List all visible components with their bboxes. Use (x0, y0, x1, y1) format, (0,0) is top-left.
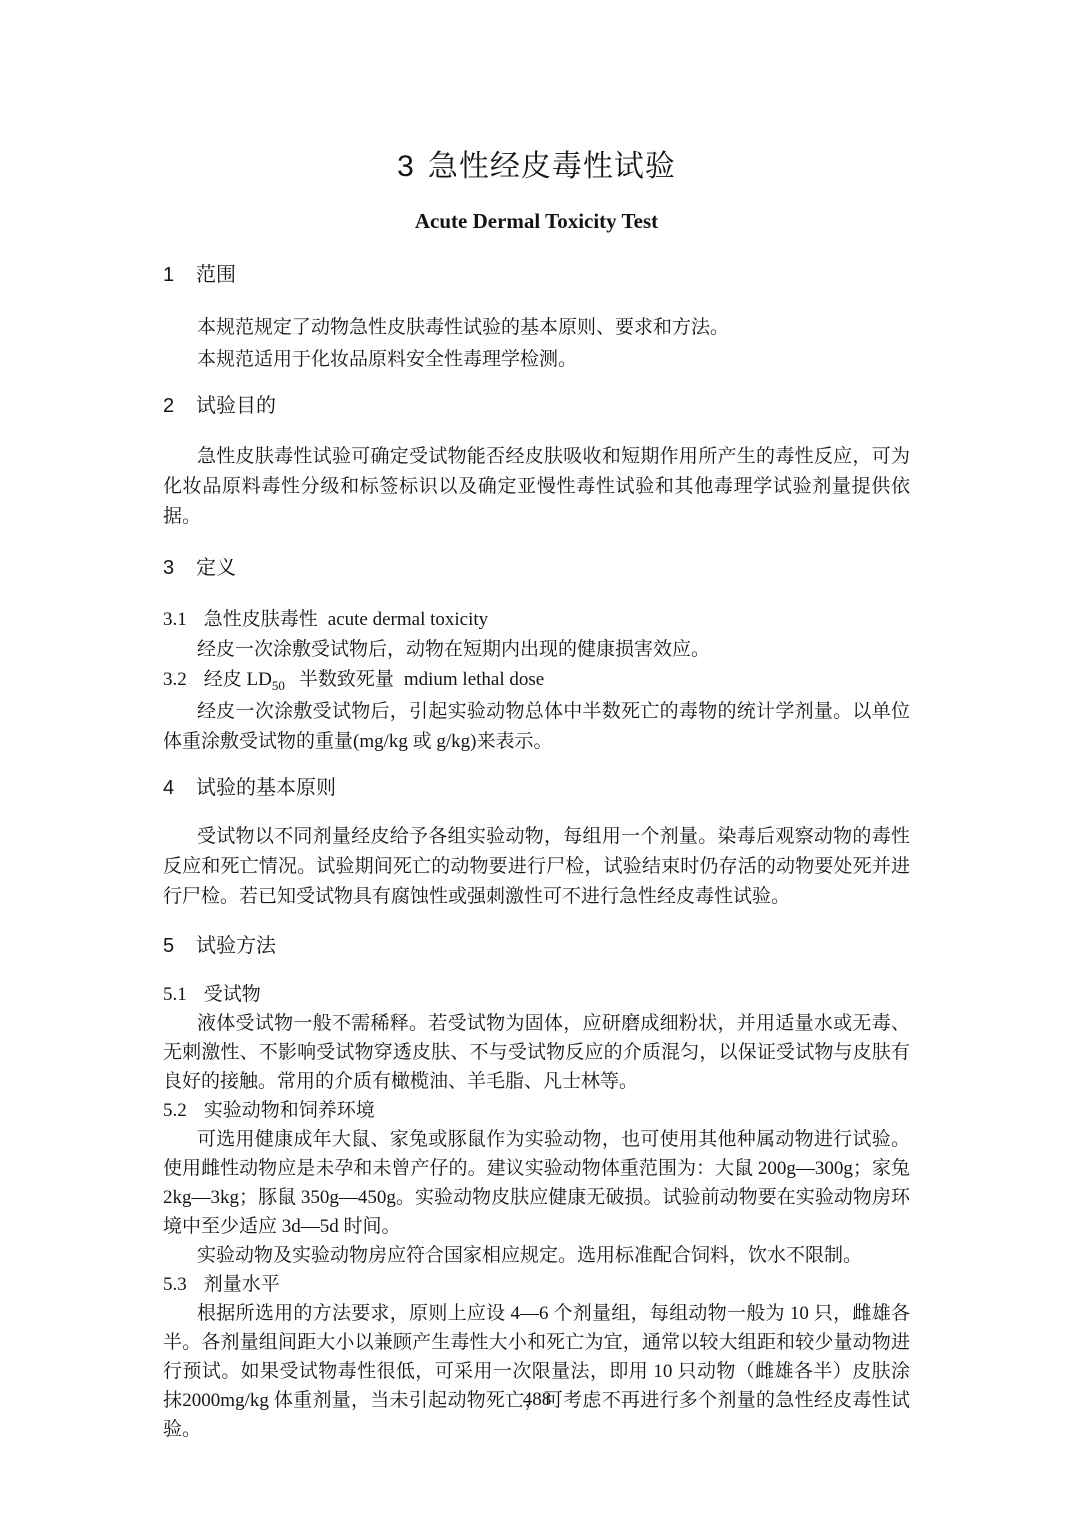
subsection-5-1-number: 5.1 (163, 980, 187, 1009)
subsection-5-2-title: 实验动物和饲养环境 (204, 1100, 375, 1121)
subsection-5-2-number: 5.2 (163, 1096, 187, 1125)
section-2-paragraph: 急性皮肤毒性试验可确定受试物能否经皮肤吸收和短期作用所产生的毒性反应，可为化妆品… (163, 442, 910, 532)
page-title: 3急性经皮毒性试验 (163, 148, 910, 186)
subsection-5-3-paragraph: 根据所选用的方法要求，原则上应设 4—6 个剂量组，每组动物一般为 10 只，雌… (163, 1299, 910, 1444)
subsection-5-2-paragraph-2: 实验动物及实验动物房应符合国家相应规定。选用标准配合饲料，饮水不限制。 (163, 1241, 910, 1270)
term-en: acute dermal toxicity (328, 609, 488, 630)
section-5-heading: 5试验方法 (163, 933, 910, 959)
ld50-subscript: 50 (272, 678, 285, 693)
section-2-title: 试验目的 (196, 395, 276, 417)
section-4-paragraph: 受试物以不同剂量经皮给予各组实验动物，每组用一个剂量。染毒后观察动物的毒性反应和… (163, 822, 910, 912)
section-2-number: 2 (163, 393, 181, 419)
term-ld50-prefix: 经皮 LD (204, 669, 272, 690)
subsection-5-3-heading: 5.3剂量水平 (163, 1270, 910, 1299)
subsection-5-1-paragraph: 液体受试物一般不需稀释。若受试物为固体，应研磨成细粉状，并用适量水或无毒、无刺激… (163, 1009, 910, 1096)
subsection-5-1-heading: 5.1受试物 (163, 980, 910, 1009)
section-3-number: 3 (163, 555, 181, 581)
section-3-heading: 3定义 (163, 555, 910, 581)
section-5-number: 5 (163, 933, 181, 959)
subsection-3-2-term: 3.2经皮 LD50半数致死量mdium lethal dose (163, 665, 910, 695)
subsection-5-2-paragraph-1: 可选用健康成年大鼠、家兔或豚鼠作为实验动物，也可使用其他种属动物进行试验。使用雌… (163, 1125, 910, 1241)
section-1-paragraph-2: 本规范适用于化妆品原料安全性毒理学检测。 (163, 345, 910, 375)
section-2-heading: 2试验目的 (163, 393, 910, 419)
subsection-3-1-number: 3.1 (163, 605, 187, 635)
section-4-heading: 4试验的基本原则 (163, 775, 910, 801)
subsection-5-1-title: 受试物 (204, 984, 261, 1005)
term-zh: 半数致死量 (299, 669, 394, 690)
chapter-number: 3 (397, 150, 414, 183)
document-page: 3急性经皮毒性试验 Acute Dermal Toxicity Test 1范围… (0, 0, 1074, 1520)
subsection-3-1-paragraph: 经皮一次涂敷受试物后，动物在短期内出现的健康损害效应。 (163, 635, 910, 665)
subsection-5-3-title: 剂量水平 (204, 1274, 280, 1295)
subsection-3-2-number: 3.2 (163, 665, 187, 695)
page-number: 488 (0, 1388, 1074, 1412)
content-column: 3急性经皮毒性试验 Acute Dermal Toxicity Test 1范围… (163, 0, 910, 1444)
section-1-heading: 1范围 (163, 262, 910, 288)
page-subtitle: Acute Dermal Toxicity Test (163, 208, 910, 234)
section-4-title: 试验的基本原则 (196, 777, 336, 799)
subsection-3-1-term: 3.1急性皮肤毒性acute dermal toxicity (163, 605, 910, 635)
subsection-3-2-paragraph: 经皮一次涂敷受试物后，引起实验动物总体中半数死亡的毒物的统计学剂量。以单位体重涂… (163, 697, 910, 757)
section-5-title: 试验方法 (196, 935, 276, 957)
section-1-title: 范围 (196, 264, 236, 286)
term-zh: 急性皮肤毒性 (204, 609, 318, 630)
subsection-5-3-number: 5.3 (163, 1270, 187, 1299)
term-en: mdium lethal dose (404, 669, 544, 690)
section-4-number: 4 (163, 775, 181, 801)
section-1-number: 1 (163, 262, 181, 288)
chapter-title-zh: 急性经皮毒性试验 (428, 150, 676, 183)
section-1-paragraph-1: 本规范规定了动物急性皮肤毒性试验的基本原则、要求和方法。 (163, 313, 910, 343)
subsection-5-2-heading: 5.2实验动物和饲养环境 (163, 1096, 910, 1125)
section-3-title: 定义 (196, 557, 236, 579)
